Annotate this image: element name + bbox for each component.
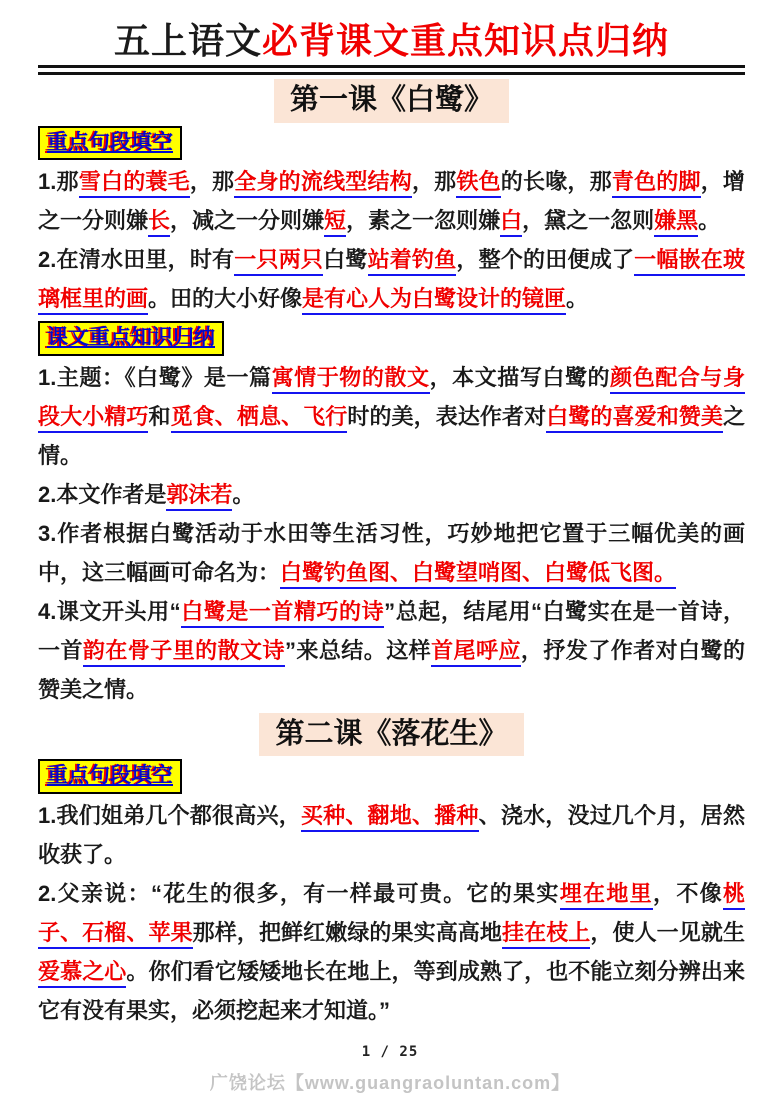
highlighted-text: 白鹭钓鱼图、白鹭望哨图、白鹭低飞图。 (280, 560, 676, 589)
highlighted-text: 一只两只 (234, 247, 323, 276)
highlighted-text: 韵在骨子里的散文诗 (83, 638, 285, 667)
highlighted-text: 白鹭是一首精巧的诗 (181, 599, 385, 628)
highlighted-text: 站着钓鱼 (368, 247, 457, 276)
title-prefix: 五上语文 (114, 20, 262, 61)
body-text: 。田的大小好像 (148, 286, 302, 311)
body-text: ，本文描写白鹭的 (430, 365, 611, 390)
fill-label: 重点句段填空 (38, 759, 182, 793)
highlighted-text: 长 (148, 208, 170, 237)
highlighted-text: 铁色 (456, 169, 500, 198)
body-text: ，那 (412, 169, 456, 194)
body-text: ，黛之一忽则 (522, 208, 654, 233)
highlighted-text: 是有心人为白鹭设计的镜匣 (302, 286, 566, 315)
body-text: ，使人一见就生 (590, 920, 745, 945)
paragraph: 2.本文作者是郭沫若。 (38, 475, 745, 514)
section-1-heading-row: 第一课《白鹭》 (38, 79, 745, 123)
body-text: 时的美，表达作者对 (347, 404, 546, 429)
title-main: 必背课文重点知识点归纳 (262, 20, 669, 61)
highlighted-text: 白鹭的喜爱和赞美 (546, 404, 723, 433)
body-text: 2.本文作者是 (38, 482, 166, 507)
highlighted-text: 买种、翻地、播种 (301, 803, 479, 832)
body-text: 。 (698, 208, 720, 233)
body-text: 。你们看它矮矮地长在地上，等到成熟了，也不能立刻分辨出来它有没有果实，必须挖起来… (38, 959, 745, 1023)
section-1-fill-label-row: 重点句段填空 (38, 126, 745, 160)
body-text: ，不像 (653, 881, 723, 906)
title-divider (38, 65, 745, 75)
highlighted-text: 埋在地里 (560, 881, 653, 910)
page-number: 1 / 25 (0, 1044, 780, 1060)
body-text: 。 (566, 286, 588, 311)
section-2-fill-label-row: 重点句段填空 (38, 759, 745, 793)
body-text: 4.课文开头用“ (38, 599, 181, 624)
knowledge-label: 课文重点知识归纳 (38, 321, 224, 355)
paragraph: 3.作者根据白鹭活动于水田等生活习性，巧妙地把它置于三幅优美的画中，这三幅画可命… (38, 514, 745, 592)
highlighted-text: 挂在枝上 (502, 920, 590, 949)
highlighted-text: 白 (500, 208, 522, 237)
document-title: 五上语文必背课文重点知识点归纳 (38, 20, 745, 61)
section-1-heading: 第一课《白鹭》 (274, 79, 509, 123)
body-text: 1.我们姐弟几个都很高兴， (38, 803, 301, 828)
highlighted-text: 郭沫若 (166, 482, 232, 511)
page-footer: 1 / 25 广饶论坛【www.guangraoluntan.com】 (0, 1044, 780, 1095)
highlighted-text: 首尾呼应 (431, 638, 521, 667)
body-text: 2.父亲说：“花生的很多，有一样最可贵。它的果实 (38, 881, 560, 906)
body-text: ，减之一分则嫌 (170, 208, 324, 233)
paragraph: 4.课文开头用“白鹭是一首精巧的诗”总起，结尾用“白鹭实在是一首诗，一首韵在骨子… (38, 592, 745, 709)
site-credit: 广饶论坛【www.guangraoluntan.com】 (0, 1069, 780, 1095)
highlighted-text: 寓情于物的散文 (272, 365, 430, 394)
body-text: ”来总结。这样 (285, 638, 431, 663)
section-2-heading-row: 第二课《落花生》 (38, 713, 745, 757)
body-text: 。 (232, 482, 254, 507)
body-text: 和 (148, 404, 170, 429)
highlighted-text: 爱慕之心 (38, 959, 126, 988)
paragraph: 1.我们姐弟几个都很高兴，买种、翻地、播种、浇水，没过几个月，居然收获了。 (38, 796, 745, 874)
section-2-heading: 第二课《落花生》 (259, 713, 523, 757)
highlighted-text: 觅食、栖息、飞行 (171, 404, 348, 433)
paragraph: 1.那雪白的蓑毛，那全身的流线型结构，那铁色的长喙，那青色的脚，增之一分则嫌长，… (38, 162, 745, 240)
paragraph: 2.在清水田里，时有一只两只白鹭站着钓鱼，整个的田便成了一幅嵌在玻璃框里的画。田… (38, 240, 745, 318)
body-text: 那样，把鲜红嫩绿的果实高高地 (193, 920, 502, 945)
highlighted-text: 嫌黑 (654, 208, 698, 237)
paragraph: 2.父亲说：“花生的很多，有一样最可贵。它的果实埋在地里，不像桃子、石榴、苹果那… (38, 874, 745, 1030)
paragraph: 1.主题：《白鹭》是一篇寓情于物的散文，本文描写白鹭的颜色配合与身段大小精巧和觅… (38, 358, 745, 475)
highlighted-text: 短 (324, 208, 346, 237)
body-text: 2.在清水田里，时有 (38, 247, 234, 272)
body-text: ，那 (190, 169, 234, 194)
fill-label: 重点句段填空 (38, 126, 182, 160)
body-text: ，素之一忽则嫌 (346, 208, 500, 233)
highlighted-text: 青色的脚 (612, 169, 701, 198)
body-text: 1.那 (38, 169, 79, 194)
body-text: 白鹭 (323, 247, 367, 272)
highlighted-text: 雪白的蓑毛 (79, 169, 190, 198)
section-1-knowledge-label-row: 课文重点知识归纳 (38, 321, 745, 355)
body-text: 的长喙，那 (501, 169, 612, 194)
body-text: ，整个的田便成了 (456, 247, 634, 272)
highlighted-text: 全身的流线型结构 (234, 169, 412, 198)
body-text: 1.主题：《白鹭》是一篇 (38, 365, 272, 390)
document-page: 五上语文必背课文重点知识点归纳 第一课《白鹭》 重点句段填空 1.那雪白的蓑毛，… (0, 0, 780, 1103)
